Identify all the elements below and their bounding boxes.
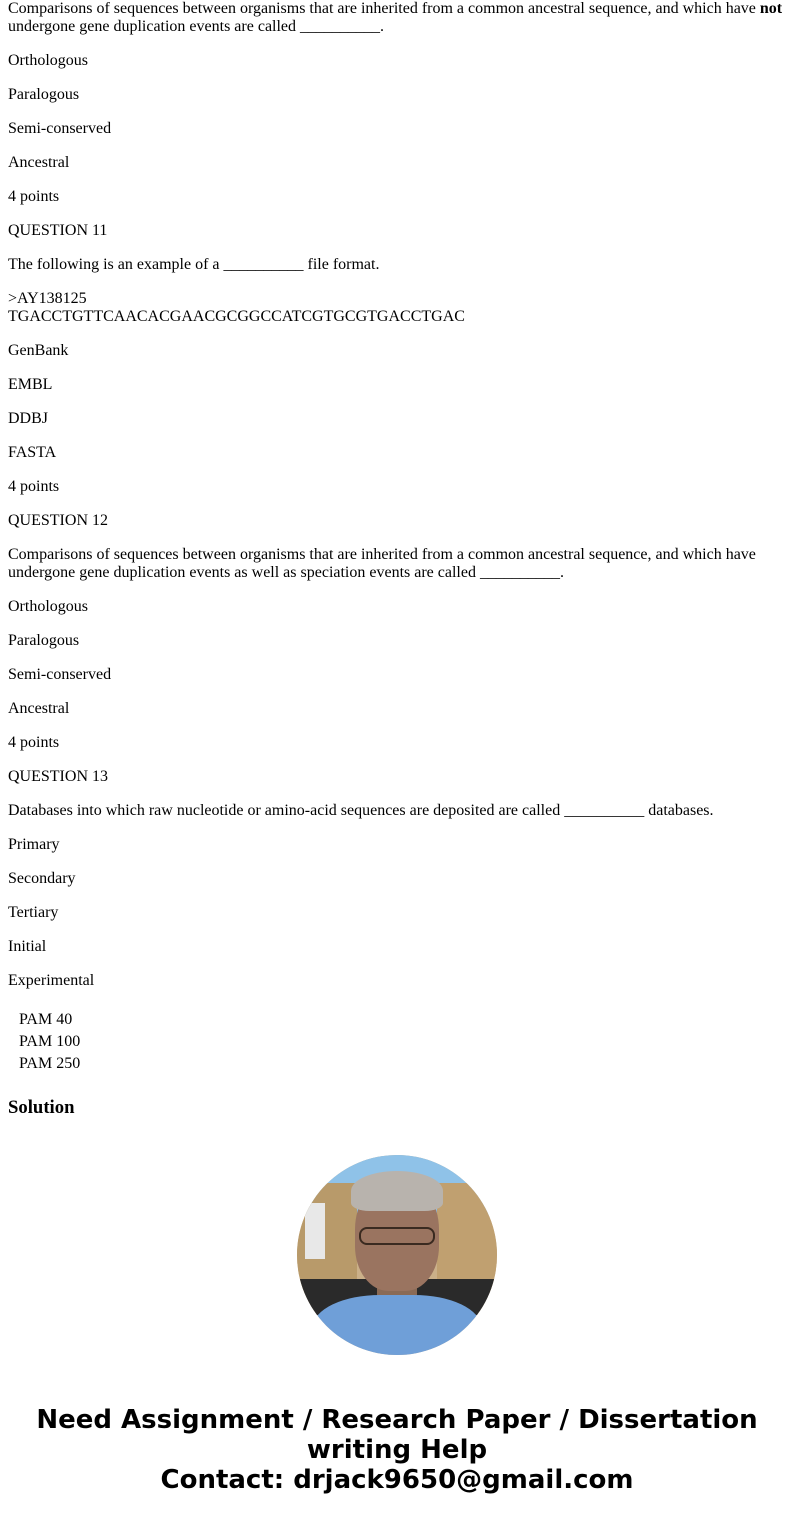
question-13-option[interactable]: Initial [8, 938, 786, 956]
question-13-option[interactable]: Primary [8, 836, 786, 854]
question-11-label: QUESTION 11 [8, 222, 786, 240]
question-10-option[interactable]: Paralogous [8, 86, 786, 104]
author-avatar-container [0, 1155, 794, 1355]
question-13-option[interactable]: Tertiary [8, 904, 786, 922]
question-10-option[interactable]: Semi-conserved [8, 120, 786, 138]
question-10-points: 4 points [8, 188, 786, 206]
avatar-background [437, 1183, 497, 1293]
prompt-bold-word: not [760, 0, 782, 17]
question-10-option[interactable]: Ancestral [8, 154, 786, 172]
question-12-option[interactable]: Paralogous [8, 632, 786, 650]
sequence-text: TGACCTGTTCAACACGAACGCGGCCATCGTGCGTGACCTG… [8, 308, 465, 325]
sequence-header: >AY138125 [8, 290, 87, 307]
pam-item: PAM 250 [19, 1053, 786, 1075]
promo-headline: Need Assignment / Research Paper / Disse… [20, 1405, 774, 1465]
solution-heading: Solution [8, 1097, 786, 1119]
question-12-option[interactable]: Orthologous [8, 598, 786, 616]
promo-contact[interactable]: Contact: drjack9650@gmail.com [20, 1465, 774, 1495]
author-avatar [297, 1155, 497, 1355]
promo-banner: Need Assignment / Research Paper / Disse… [0, 1405, 794, 1495]
question-11-option[interactable]: GenBank [8, 342, 786, 360]
question-13-label: QUESTION 13 [8, 768, 786, 786]
question-12-option[interactable]: Ancestral [8, 700, 786, 718]
glasses-icon [359, 1227, 435, 1245]
prompt-text: Comparisons of sequences between organis… [8, 0, 760, 17]
question-11-option[interactable]: DDBJ [8, 410, 786, 428]
question-12-option[interactable]: Semi-conserved [8, 666, 786, 684]
avatar-figure [351, 1171, 443, 1211]
question-11-option[interactable]: EMBL [8, 376, 786, 394]
avatar-figure [313, 1295, 481, 1355]
question-12-label: QUESTION 12 [8, 512, 786, 530]
question-10-option[interactable]: Orthologous [8, 52, 786, 70]
question-13-option[interactable]: Experimental [8, 972, 786, 990]
question-13-option[interactable]: Secondary [8, 870, 786, 888]
document-body: Comparisons of sequences between organis… [0, 0, 794, 1119]
pam-list: PAM 40 PAM 100 PAM 250 [19, 1009, 786, 1075]
pam-item: PAM 100 [19, 1031, 786, 1053]
avatar-background [305, 1203, 325, 1259]
question-12-points: 4 points [8, 734, 786, 752]
prompt-text: undergone gene duplication events are ca… [8, 18, 384, 35]
question-11-points: 4 points [8, 478, 786, 496]
question-11-prompt: The following is an example of a _______… [8, 256, 786, 274]
fasta-sequence-block: >AY138125TGACCTGTTCAACACGAACGCGGCCATCGTG… [8, 290, 786, 326]
pam-item: PAM 40 [19, 1009, 786, 1031]
question-12-prompt: Comparisons of sequences between organis… [8, 546, 786, 582]
question-10-prompt: Comparisons of sequences between organis… [8, 0, 786, 36]
question-13-prompt: Databases into which raw nucleotide or a… [8, 802, 786, 820]
question-11-option[interactable]: FASTA [8, 444, 786, 462]
